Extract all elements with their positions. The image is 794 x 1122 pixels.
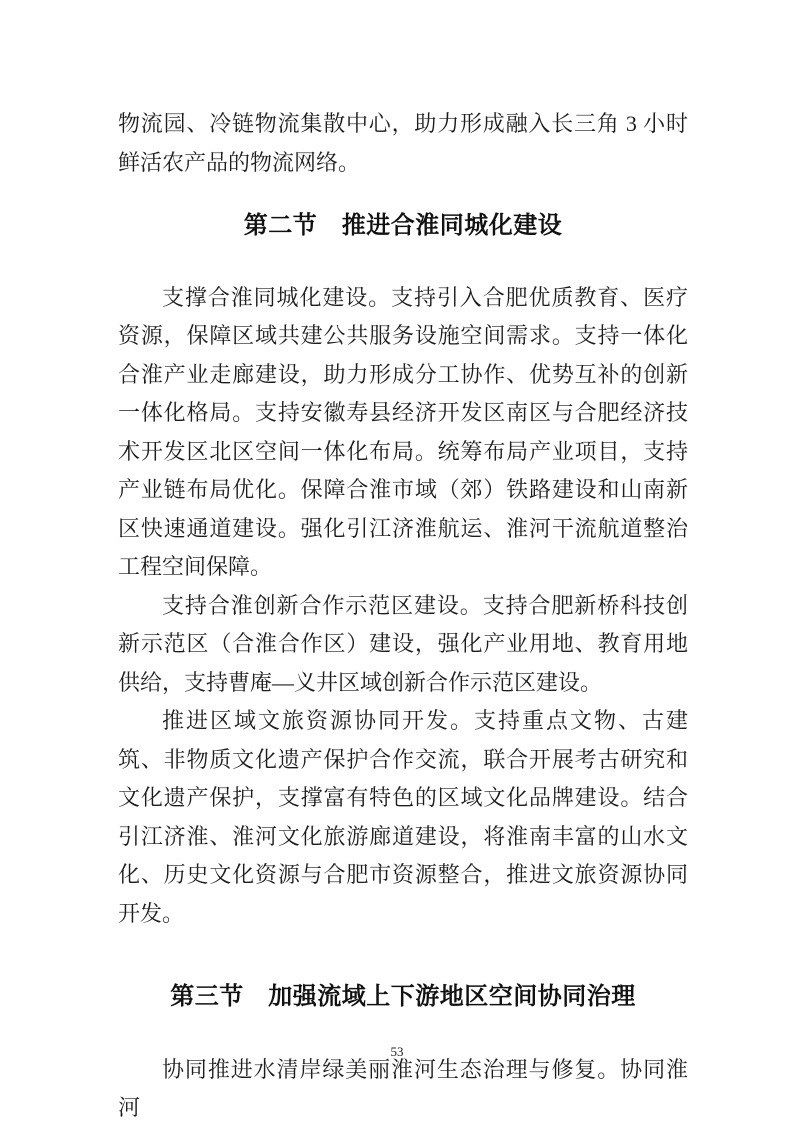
paragraph-innovation-cooperation-zone: 支持合淮创新合作示范区建设。支持合肥新桥科技创新示范区（合淮合作区）建设，强化产… <box>118 587 688 703</box>
paragraph-hefei-huainan-integration: 支撑合淮同城化建设。支持引入合肥优质教育、医疗资源，保障区域共建公共服务设施空间… <box>118 279 688 587</box>
page-number: 53 <box>0 1044 794 1060</box>
paragraph-continued-from-previous-page: 物流园、冷链物流集散中心，助力形成融入长三角 3 小时鲜活农产品的物流网络。 <box>118 105 688 182</box>
section-heading-3: 第三节 加强流域上下游地区空间协同治理 <box>118 978 688 1017</box>
section-heading-2: 第二节 推进合淮同城化建设 <box>118 207 688 246</box>
paragraph-river-basin-governance: 协同推进水清岸绿美丽淮河生态治理与修复。协同淮河 <box>118 1051 688 1122</box>
document-page: 物流园、冷链物流集散中心，助力形成融入长三角 3 小时鲜活农产品的物流网络。 第… <box>0 0 794 1122</box>
paragraph-cultural-tourism-development: 推进区域文旅资源协同开发。支持重点文物、古建筑、非物质文化遗产保护合作交流，联合… <box>118 702 688 933</box>
